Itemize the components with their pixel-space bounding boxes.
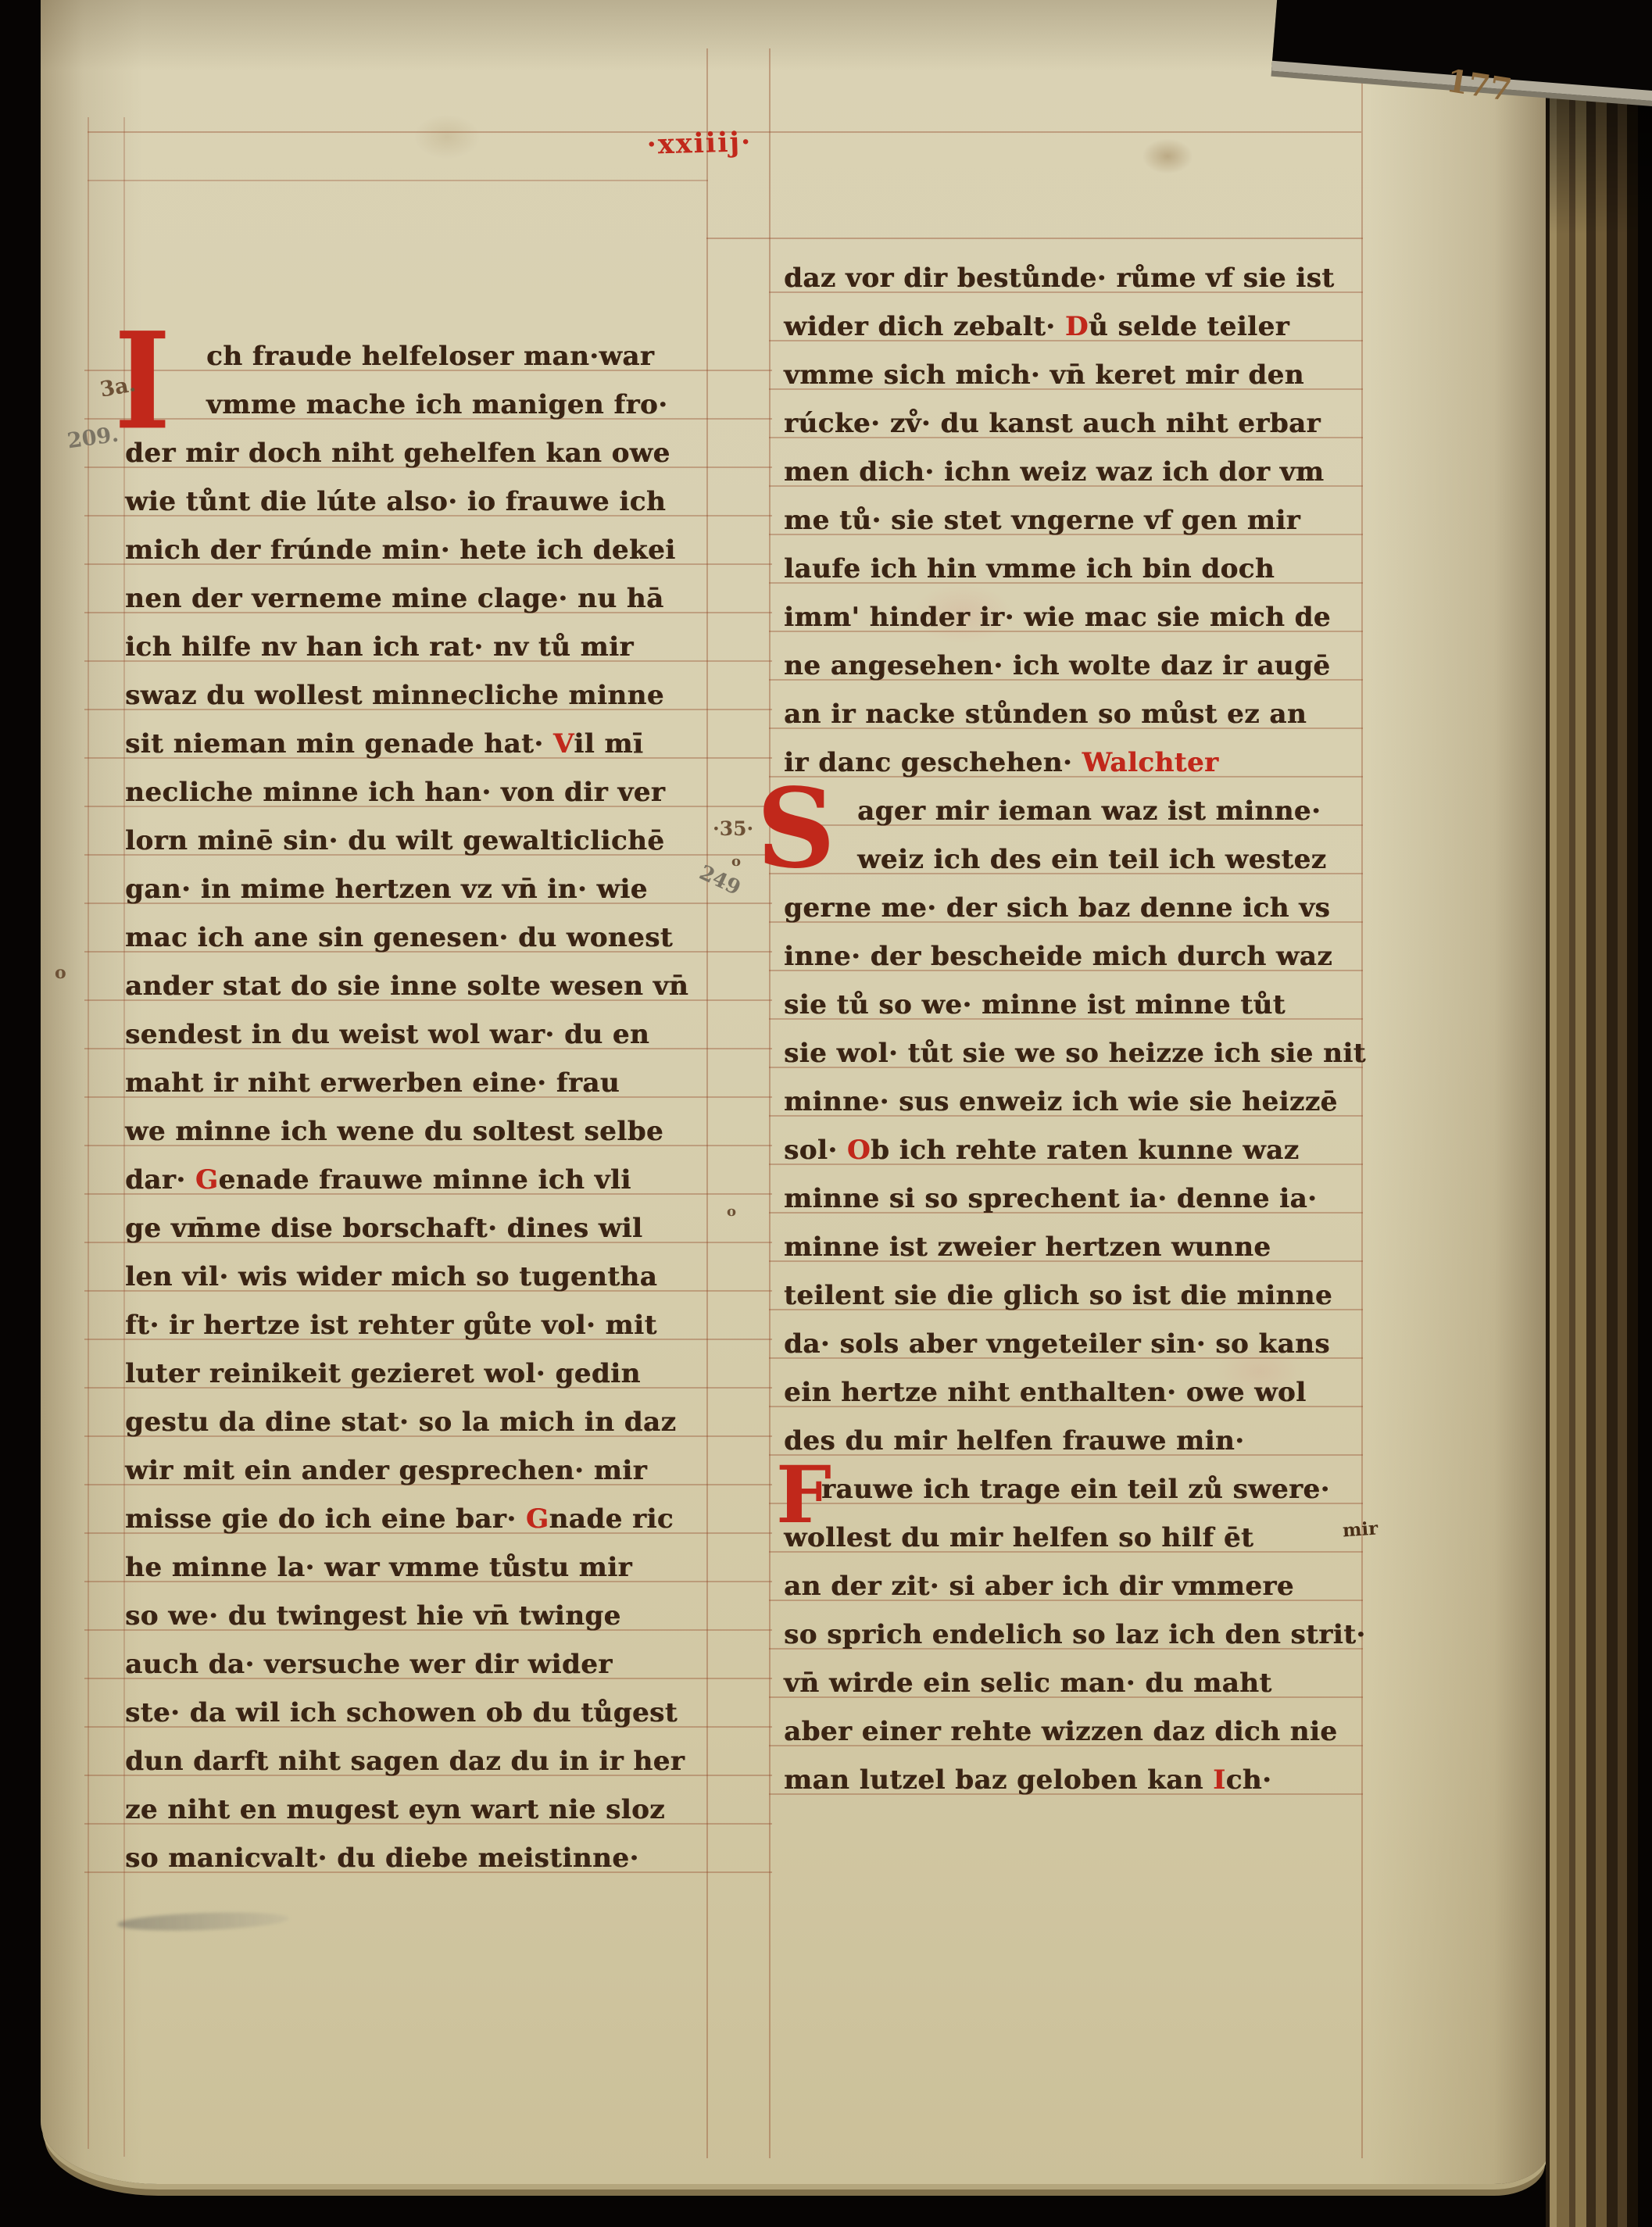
text-line: mac ich ane sin genesen· du wonest [125,913,705,962]
ruling-horizontal-top-left [88,180,708,181]
margin-note-mir: mir [1342,1517,1378,1541]
text-line: aber einer rehte wizzen daz dich nie [784,1707,1364,1756]
text-line: wie tůnt die lúte also· io frauwe ich [125,477,705,526]
text-line: ft· ir hertze ist rehter gůte vol· mit [125,1301,705,1349]
text-line: so manicvalt· du diebe meistinne· [125,1834,705,1882]
text-line: laufe ich hin vmme ich bin doch [784,545,1364,593]
text-line: der mir doch niht gehelfen kan owe [125,429,705,477]
text-line: minne si so sprechent ia· denne ia· [784,1174,1364,1223]
page-stack-edges [1546,0,1652,2227]
text-line: swaz du wollest minnecliche minne [125,671,705,720]
text-line: wir mit ein ander gesprechen· mir [125,1446,705,1495]
manuscript-photo: ·xxiiij· 177 I S F ch fraude helfeloser … [0,0,1652,2227]
text-line: ager mir ieman waz ist minne· [784,787,1364,835]
text-line: dar· Genade frauwe minne ich vli [125,1156,705,1204]
text-line: dun darft niht sagen daz du in ir her [125,1737,705,1786]
text-line: des du mir helfen frauwe min· [784,1417,1364,1465]
text-line: weiz ich des ein teil ich westez [784,835,1364,884]
text-line: ge vm̄me dise borschaft· dines wil [125,1204,705,1253]
text-line: men dich· ichn weiz waz ich dor vm [784,448,1364,496]
text-line: we minne ich wene du soltest selbe [125,1107,705,1156]
text-line: inne· der bescheide mich durch waz [784,932,1364,981]
text-line: ein hertze niht enthalten· owe wol [784,1368,1364,1417]
text-line: mich der frúnde min· hete ich dekei [125,526,705,574]
text-line: vn̄ wirde ein selic man· du maht [784,1659,1364,1707]
margin-ring-mark: o [731,853,741,870]
text-line: vmme sich mich· vn̄ keret mir den [784,351,1364,399]
text-line: ne angesehen· ich wolte daz ir augē [784,642,1364,690]
text-line: me tů· sie stet vngerne vf gen mir [784,496,1364,545]
text-line: maht ir niht erwerben eine· frau [125,1059,705,1107]
text-line: ich hilfe nv han ich rat· nv tů mir [125,623,705,671]
text-line: misse gie do ich eine bar· Gnade ric [125,1495,705,1543]
text-line: ze niht en mugest eyn wart nie sloz [125,1786,705,1834]
text-line: rúcke· zv̊· du kanst auch niht erbar [784,399,1364,448]
text-line: gan· in mime hertzen vz vn̄ in· wie [125,865,705,913]
text-line: sit nieman min genade hat· Vil mī [125,720,705,768]
text-line: so sprich endelich so laz ich den strit· [784,1610,1364,1659]
text-line: sie wol· tůt sie we so heizze ich sie ni… [784,1029,1364,1078]
text-line: gestu da dine stat· so la mich in daz [125,1398,705,1446]
chapter-number-heading: ·xxiiij· [632,126,766,161]
text-line: da· sols aber vngeteiler sin· so kans [784,1320,1364,1368]
text-line: sol· Ob ich rehte raten kunne waz [784,1126,1364,1174]
text-line: auch da· versuche wer dir wider [125,1640,705,1689]
text-line: wollest du mir helfen so hilf ēt [784,1514,1364,1562]
text-line: an der zit· si aber ich dir vmmere [784,1562,1364,1610]
text-line: minne· sus enweiz ich wie sie heizzē [784,1078,1364,1126]
text-line: an ir nacke stůnden so můst ez an [784,690,1364,738]
text-line: necliche minne ich han· von dir ver [125,768,705,817]
text-line: daz vor dir bestůnde· růme vf sie ist [784,254,1364,302]
text-line: teilent sie die glich so ist die minne [784,1271,1364,1320]
text-line: nen der verneme mine clage· nu hā [125,574,705,623]
text-line: so we· du twingest hie vn̄ twinge [125,1592,705,1640]
text-line: ir danc geschehen· Walchter [784,738,1364,787]
text-column-right: daz vor dir bestůnde· růme vf sie istwid… [784,254,1364,1804]
text-line: minne ist zweier hertzen wunne [784,1223,1364,1271]
text-line: he minne la· war vmme tůstu mir [125,1543,705,1592]
text-column-left: ch fraude helfeloser man·warvmme mache i… [125,332,705,1882]
text-line: vmme mache ich manigen fro· [125,381,705,429]
text-line: sendest in du weist wol war· du en [125,1010,705,1059]
text-line: man lutzel baz geloben kan Ich· [784,1756,1364,1804]
margin-ring-mark: o [55,963,66,983]
text-line: imm' hinder ir· wie mac sie mich de [784,593,1364,642]
text-line: ander stat do sie inne solte wesen vn̄ [125,962,705,1010]
text-line: ch fraude helfeloser man·war [125,332,705,381]
text-line: wider dich zebalt· Dů selde teiler [784,302,1364,351]
text-line: sie tů so we· minne ist minne tůt [784,981,1364,1029]
text-line: ste· da wil ich schowen ob du tůgest [125,1689,705,1737]
ruling-horizontal-top-right [706,238,1363,239]
text-line: luter reinikeit gezieret wol· gedin [125,1349,705,1398]
margin-ring-mark: o [727,1203,736,1220]
text-line: len vil· wis wider mich so tugentha [125,1253,705,1301]
text-line: lorn minē sin· du wilt gewalticlichē [125,817,705,865]
margin-note-35: ·35· [713,817,753,840]
text-line: gerne me· der sich baz denne ich vs [784,884,1364,932]
text-line: rauwe ich trage ein teil zů swere· [784,1465,1364,1514]
